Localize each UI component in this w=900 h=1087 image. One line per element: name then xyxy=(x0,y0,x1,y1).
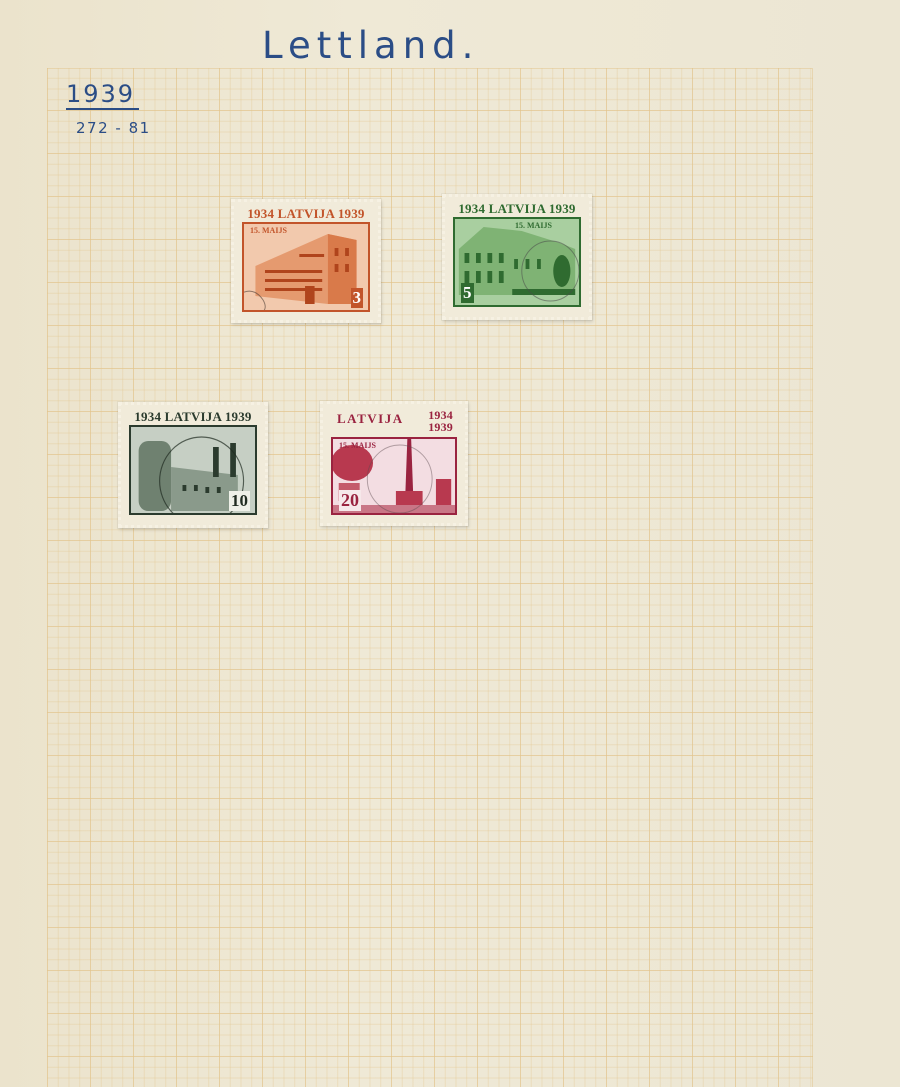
stamp-10[interactable]: 1934 LATVIJA 1939 10 xyxy=(118,402,268,528)
stamp-subtitle: 15. MAIJS xyxy=(339,441,376,450)
stamp-5[interactable]: 1934 LATVIJA 1939 15. MAIJS xyxy=(442,194,592,320)
album-page: Lettland. 1939 272 - 81 1934 LATVIJA 193… xyxy=(0,0,900,1087)
stamp-header: 1934 LATVIJA 1939 xyxy=(453,202,581,215)
stamp-subtitle: 15. MAIJS xyxy=(515,221,552,230)
stamp-value: 20 xyxy=(339,490,361,511)
stamp-image-classical-building: 15. MAIJS 5 xyxy=(453,217,581,307)
stamp-header-country: LATVIJA xyxy=(337,412,404,425)
stamp-image-freedom-monument: 15. MAIJS 20 xyxy=(331,437,457,515)
building-icon xyxy=(455,219,579,305)
building-icon xyxy=(244,224,368,310)
stamp-subtitle: 15. MAIJS xyxy=(250,226,287,235)
graph-paper-grid xyxy=(47,68,813,1087)
stamp-header: LATVIJA 1934 1939 xyxy=(331,409,457,435)
catalog-range: 272 - 81 xyxy=(76,119,151,137)
stamp-3[interactable]: 1934 LATVIJA 1939 15. MAIJS 3 xyxy=(231,199,381,323)
year-label: 1939 xyxy=(66,80,139,110)
stamp-header-years: 1934 1939 xyxy=(428,409,453,433)
stamp-value: 10 xyxy=(229,491,250,511)
country-heading: Lettland. xyxy=(262,24,479,67)
stamp-value: 5 xyxy=(461,283,474,303)
stamp-image-castle: 10 xyxy=(129,425,257,515)
stamp-value: 3 xyxy=(351,288,364,308)
stamp-header: 1934 LATVIJA 1939 xyxy=(242,207,370,220)
stamp-20[interactable]: LATVIJA 1934 1939 15. MAIJS 20 xyxy=(320,401,468,526)
stamp-header: 1934 LATVIJA 1939 xyxy=(129,410,257,423)
stamp-image-modern-building: 15. MAIJS 3 xyxy=(242,222,370,312)
